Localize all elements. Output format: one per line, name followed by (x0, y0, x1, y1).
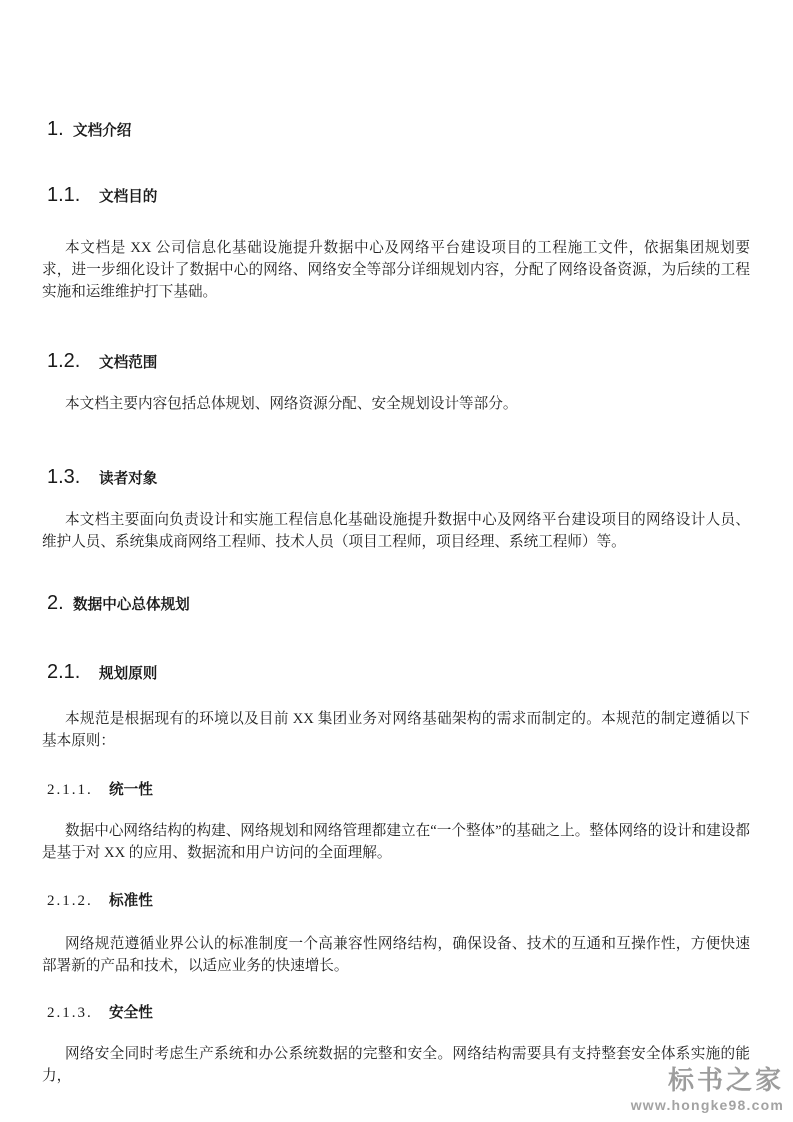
heading-label: 数据中心总体规划 (73, 597, 190, 613)
paragraph-target-readers: 本文档主要面向负责设计和实施工程信息化基础设施提升数据中心及网络平台建设项目的网… (42, 510, 750, 554)
heading-label: 标准性 (109, 893, 153, 909)
heading-2-1-2-standardization: 2.1.2.标准性 (42, 889, 755, 910)
paragraph-document-scope: 本文档主要内容包括总体规划、网络资源分配、安全规划设计等部分。 (42, 394, 750, 416)
paragraph-standardization: 网络规范遵循业界公认的标准制度一个高兼容性网络结构，确保设备、技术的互通和互操作… (42, 934, 750, 978)
heading-number: 1. (47, 118, 73, 141)
document-page: 1.文档介绍 1.1.文档目的 本文档是 XX 公司信息化基础设施提升数据中心及… (0, 0, 793, 1122)
paragraph-unity: 数据中心网络结构的构建、网络规划和网络管理都建立在“一个整体”的基础之上。整体网… (42, 821, 750, 865)
heading-2-1-planning-principles: 2.1.规划原则 (42, 661, 755, 684)
site-watermark: 标书之家 www.hongke98.com (631, 1066, 784, 1113)
heading-number: 2.1.3. (47, 1005, 109, 1022)
heading-1-2-document-scope: 1.2.文档范围 (42, 350, 755, 373)
heading-2-datacenter-planning: 2.数据中心总体规划 (42, 592, 755, 615)
heading-label: 读者对象 (99, 471, 157, 487)
heading-1-document-intro: 1.文档介绍 (42, 118, 755, 141)
paragraph-document-purpose: 本文档是 XX 公司信息化基础设施提升数据中心及网络平台建设项目的工程施工文件，… (42, 238, 750, 303)
watermark-logo-text: 标书之家 (631, 1066, 784, 1095)
heading-number: 1.3. (47, 466, 99, 489)
paragraph-planning-principles: 本规范是根据现有的环境以及目前 XX 集团业务对网络基础架构的需求而制定的。本规… (42, 709, 750, 753)
heading-label: 安全性 (109, 1005, 153, 1021)
heading-number: 1.1. (47, 184, 99, 207)
heading-number: 2.1. (47, 661, 99, 684)
heading-label: 文档介绍 (73, 123, 131, 139)
heading-label: 文档范围 (99, 355, 157, 371)
heading-number: 1.2. (47, 350, 99, 373)
watermark-url: www.hongke98.com (631, 1098, 784, 1113)
heading-number: 2.1.2. (47, 893, 109, 910)
heading-number: 2. (47, 592, 73, 615)
heading-1-3-target-readers: 1.3.读者对象 (42, 466, 755, 489)
heading-label: 统一性 (109, 782, 153, 798)
heading-label: 规划原则 (99, 666, 157, 682)
heading-2-1-3-security: 2.1.3.安全性 (42, 1001, 755, 1022)
heading-number: 2.1.1. (47, 782, 109, 799)
heading-2-1-1-unity: 2.1.1.统一性 (42, 778, 755, 799)
heading-1-1-document-purpose: 1.1.文档目的 (42, 184, 755, 207)
heading-label: 文档目的 (99, 189, 157, 205)
